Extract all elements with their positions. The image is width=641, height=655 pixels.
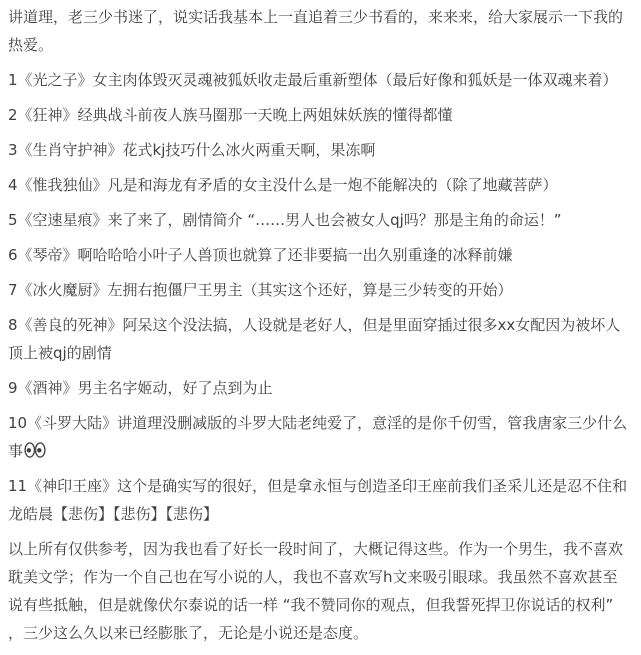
book-item-text: 10《斗罗大陆》讲道理没删减版的斗罗大陆老纯爱了，意淫的是你千仞雪，管我唐家三少… xyxy=(8,414,627,460)
post-body: 讲道理，老三少书迷了，说实话我基本上一直追着三少书看的，来来来，给大家展示一下我… xyxy=(0,0,641,647)
outro-paragraph: 以上所有仅供参考，因为我也看了好长一段时间了，大概记得这些。作为一个男生，我不喜… xyxy=(8,535,628,647)
book-list-item-5: 5《空速星痕》来了来了，剧情简介 “……男人也会被女人qj吗？那是主角的命运！” xyxy=(8,206,628,234)
book-list-item-10: 10《斗罗大陆》讲道理没删减版的斗罗大陆老纯爱了，意淫的是你千仞雪，管我唐家三少… xyxy=(8,409,628,465)
book-list-item-3: 3《生肖守护神》花式kj技巧什么冰火两重天啊，果冻啊 xyxy=(8,136,628,164)
book-list-item-4: 4《惟我独仙》凡是和海龙有矛盾的女主没什么是一炮不能解决的（除了地藏菩萨） xyxy=(8,171,628,199)
book-list-item-8: 8《善良的死神》阿呆这个没法搞，人设就是老好人，但是里面穿插过很多xx女配因为被… xyxy=(8,311,628,367)
book-list-item-11: 11《神印王座》这个是确实写的很好，但是拿永恒与创造圣印王座前我们圣采儿还是忍不… xyxy=(8,472,628,528)
book-list-item-9: 9《酒神》男主名字姬动，好了点到为止 xyxy=(8,374,628,402)
intro-paragraph: 讲道理，老三少书迷了，说实话我基本上一直追着三少书看的，来来来，给大家展示一下我… xyxy=(8,3,628,59)
book-list-item-1: 1《光之子》女主肉体毁灭灵魂被狐妖收走最后重新塑体（最后好像和狐妖是一体双魂来着… xyxy=(8,66,628,94)
book-list-item-2: 2《狂神》经典战斗前夜人族马圈那一天晚上两姐妹妖族的懂得都懂 xyxy=(8,101,628,129)
book-list-item-6: 6《琴帝》啊哈哈哈小叶子人兽顶也就算了还非要搞一出久别重逢的冰释前嫌 xyxy=(8,241,628,269)
book-list-item-7: 7《冰火魔厨》左拥右抱僵尸王男主（其实这个还好，算是三少转变的开始） xyxy=(8,276,628,304)
page: { "theme": { "background_color": "#fffff… xyxy=(0,0,641,655)
eyes-emoji-icon xyxy=(24,442,46,458)
